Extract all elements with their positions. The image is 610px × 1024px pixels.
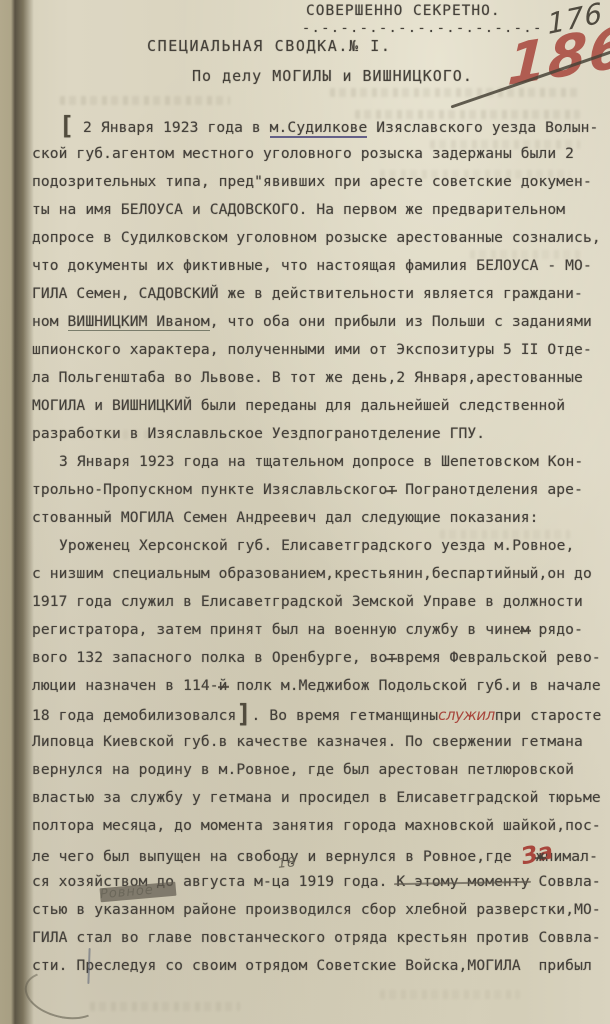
text-segment: . Во время гетманщины bbox=[252, 707, 439, 724]
text-segment: Преследуя со своим отрядом Советские Вой… bbox=[76, 957, 591, 974]
struck-text: т bbox=[387, 481, 396, 498]
text-segment: 18 года демобилизовался bbox=[32, 707, 236, 724]
document-title: СПЕЦИАЛЬНАЯ СВОДКА.№ I. bbox=[147, 37, 392, 55]
document-line: регистратора, затем принят был на военну… bbox=[32, 616, 598, 644]
struck-text: т bbox=[387, 649, 396, 666]
text-segment: Уроженец Херсонской губ. Елисаветградско… bbox=[59, 537, 574, 554]
document-line: сти. Преследуя со своим отрядом Советски… bbox=[32, 952, 598, 980]
bleedthrough-smudge bbox=[90, 1002, 240, 1011]
document-line: с низшим специальным образованием,кресть… bbox=[32, 560, 598, 588]
document-line: шпионского характера, полученными ими от… bbox=[32, 336, 598, 364]
text-segment: властью за службу у гетмана и просидел в… bbox=[32, 789, 601, 806]
text-segment: вернулся на родину в м.Ровное, где был а… bbox=[32, 761, 574, 778]
handwritten-red-correction: служил bbox=[438, 706, 495, 724]
text-segment: при старосте г. bbox=[495, 707, 610, 724]
text-segment: ца 1919 bbox=[272, 873, 334, 890]
document-line: стью в указанном районе производился сбо… bbox=[32, 896, 598, 924]
bleedthrough-smudge bbox=[60, 96, 230, 105]
text-segment: 1917 года служил в Елисаветградской Земс… bbox=[32, 593, 583, 610]
document-line: 3 Января 1923 года на тщательном допросе… bbox=[32, 448, 598, 476]
text-segment: ном bbox=[32, 313, 68, 330]
text-segment: Липовца Киевской губ.в качестве казначея… bbox=[32, 733, 583, 750]
document-line: 1917 года служил в Елисаветградской Земс… bbox=[32, 588, 598, 616]
text-segment: разработки в Изяславльское Уездпогранотд… bbox=[32, 425, 485, 442]
text-segment: полтора месяца, до момента занятия город… bbox=[32, 817, 601, 834]
underlined-text-pencil: ВИШНИЦКИМ Иваном bbox=[68, 313, 210, 331]
text-segment: допросе в Судилковском уголовном розыске… bbox=[32, 229, 601, 246]
document-line: вого 132 запасного полка в Оренбурге, во… bbox=[32, 644, 598, 672]
text-segment: ГИЛА Семен, САДОВСКИЙ же в действительно… bbox=[32, 285, 583, 302]
document-line: трольно-Пропускном пункте Изяславльского… bbox=[32, 476, 598, 504]
document-line: Липовца Киевской губ.в качестве казначея… bbox=[32, 728, 598, 756]
document-line: подозрительных типа, пред"явивших при ар… bbox=[32, 168, 598, 196]
stamp-separator-line: -.-.-.-.-.-.-.-.-.-.-.-.- bbox=[302, 20, 543, 36]
text-segment: МОГИЛА и ВИШНИЦКИЙ были переданы для дал… bbox=[32, 397, 565, 414]
document-line: полтора месяца, до момента занятия город… bbox=[32, 812, 598, 840]
document-line: допросе в Судилковском уголовном розыске… bbox=[32, 224, 598, 252]
struck-text: й bbox=[219, 677, 228, 694]
document-line: ской губ.агентом местного уголовного роз… bbox=[32, 140, 598, 168]
document-line: разработки в Изяславльское Уездпогранотд… bbox=[32, 420, 598, 448]
text-segment: шпионского характера, полученными ими от… bbox=[32, 341, 592, 358]
struck-text: ж bbox=[536, 848, 545, 865]
bleedthrough-smudge bbox=[380, 990, 520, 999]
text-segment: ла Польгенштаба во Львове. В тот же день… bbox=[32, 369, 583, 386]
text-segment: стованный МОГИЛА Семен Андреевич дал сле… bbox=[32, 509, 539, 526]
struck-text: указанном bbox=[94, 901, 174, 918]
pencil-bracket-mark: ] bbox=[236, 699, 251, 728]
text-segment: время Февральской рево- bbox=[396, 649, 600, 666]
text-segment: Погранотделения аре- bbox=[396, 481, 583, 498]
text-segment: Изяславского уезда Волын- bbox=[367, 119, 598, 136]
text-segment: районе производился сбор хлебной разверс… bbox=[174, 901, 601, 918]
struck-text: К этому моменту bbox=[396, 873, 529, 890]
text-segment: полк м.Меджибож Подольской губ.и в начал… bbox=[228, 677, 601, 694]
document-body: [ 2 Января 1923 года в м.Судилкове Изясл… bbox=[32, 112, 598, 980]
text-segment: ской губ.агентом местного уголовного роз… bbox=[32, 145, 574, 162]
document-line: Уроженец Херсонской губ. Елисаветградско… bbox=[32, 532, 598, 560]
document-line: ГИЛА Семен, САДОВСКИЙ же в действительно… bbox=[32, 280, 598, 308]
secrecy-stamp: СОВЕРШЕННО СЕКРЕТНО. bbox=[306, 3, 501, 19]
document-line: властью за службу у гетмана и просидел в… bbox=[32, 784, 598, 812]
text-segment: с низшим специальным образованием,кресть… bbox=[32, 565, 592, 582]
document-line: люции назначен в 114-й полк м.Меджибож П… bbox=[32, 672, 598, 700]
text-segment: 3 Января 1923 года на тщательном допросе… bbox=[59, 453, 583, 470]
text-segment: ты на имя БЕЛОУСА и САДОВСКОГО. На перво… bbox=[32, 201, 565, 218]
document-line: ГИЛА стал во главе повстанческого отряда… bbox=[32, 924, 598, 952]
document-line: МОГИЛА и ВИШНИЦКИЙ были переданы для дал… bbox=[32, 392, 598, 420]
text-segment: Соввла- bbox=[530, 873, 601, 890]
text-segment: что документы их фиктивные, что настояща… bbox=[32, 257, 592, 274]
document-line: стованный МОГИЛА Семен Андреевич дал сле… bbox=[32, 504, 598, 532]
text-segment: стью в bbox=[32, 901, 94, 918]
struck-text: м bbox=[521, 621, 530, 638]
document-line: что документы их фиктивные, что настояща… bbox=[32, 252, 598, 280]
document-line: [ 2 Января 1923 года в м.Судилкове Изясл… bbox=[32, 112, 598, 140]
text-segment: года. bbox=[334, 873, 396, 890]
text-segment: вого 132 запасного полка в Оренбурге, во bbox=[32, 649, 387, 666]
document-line: 18 года демобилизовался]. Во время гетма… bbox=[32, 700, 598, 728]
text-segment: 2 Января 1923 года в bbox=[74, 119, 270, 136]
document-line: ты на имя БЕЛОУСА и САДОВСКОГО. На перво… bbox=[32, 196, 598, 224]
text-segment: ГИЛА стал во главе повстанческого отряда… bbox=[32, 929, 601, 946]
pencil-bracket-mark: [ bbox=[59, 111, 74, 140]
text-segment: люции назначен в 114- bbox=[32, 677, 219, 694]
text-segment: регистратора, затем принят был на военну… bbox=[32, 621, 521, 638]
text-segment: подозрительных типа, пред"явивших при ар… bbox=[32, 173, 592, 190]
document-subtitle: По делу МОГИЛЫ и ВИШНИЦКОГО. bbox=[192, 67, 473, 85]
document-page: СОВЕРШЕННО СЕКРЕТНО. -.-.-.-.-.-.-.-.-.-… bbox=[0, 0, 610, 1024]
text-segment: трольно-Пропускном пункте Изяславльского bbox=[32, 481, 387, 498]
text-segment: , что оба они прибыли из Польши с задани… bbox=[210, 313, 592, 330]
document-line: ном ВИШНИЦКИМ Иваном, что оба они прибыл… bbox=[32, 308, 598, 336]
document-line: вернулся на родину в м.Ровное, где был а… bbox=[32, 756, 598, 784]
document-line: ла Польгенштаба во Львове. В тот же день… bbox=[32, 364, 598, 392]
text-segment: рядо- bbox=[530, 621, 583, 638]
document-line: ле чего был выпущен на свободу и вернулс… bbox=[32, 840, 598, 868]
underlined-text-blue: м.Судилкове bbox=[270, 119, 368, 138]
